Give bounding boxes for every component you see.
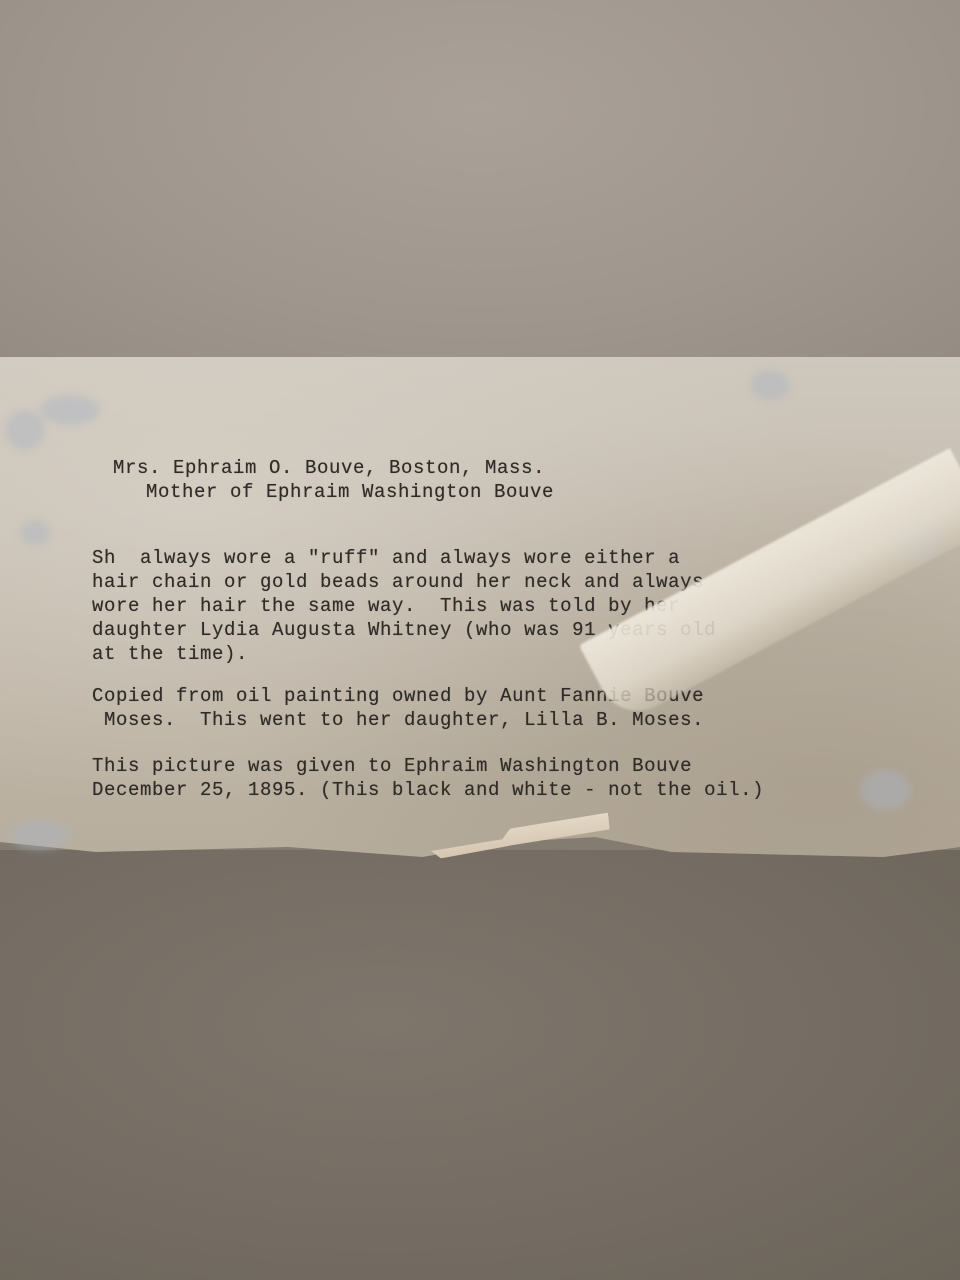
stain — [750, 370, 790, 400]
stain — [860, 770, 910, 810]
mounting-board-top — [0, 0, 960, 358]
text-line: Moses. This went to her daughter, Lilla … — [92, 708, 704, 732]
stain — [20, 520, 50, 545]
text-line: Sh always wore a "ruff" and always wore … — [92, 546, 716, 570]
mounting-board-bottom — [0, 850, 960, 1280]
text-line: This picture was given to Ephraim Washin… — [92, 754, 764, 778]
heading-line-1: Mrs. Ephraim O. Bouve, Boston, Mass. — [113, 456, 545, 480]
paragraph-gift-note: This picture was given to Ephraim Washin… — [92, 754, 764, 802]
stain — [40, 395, 100, 425]
text-line: wore her hair the same way. This was tol… — [92, 594, 716, 618]
heading-line-2: Mother of Ephraim Washington Bouve — [146, 480, 554, 504]
text-line: December 25, 1895. (This black and white… — [92, 778, 764, 802]
stain — [10, 820, 70, 850]
text-line: hair chain or gold beads around her neck… — [92, 570, 716, 594]
stain — [5, 410, 45, 450]
